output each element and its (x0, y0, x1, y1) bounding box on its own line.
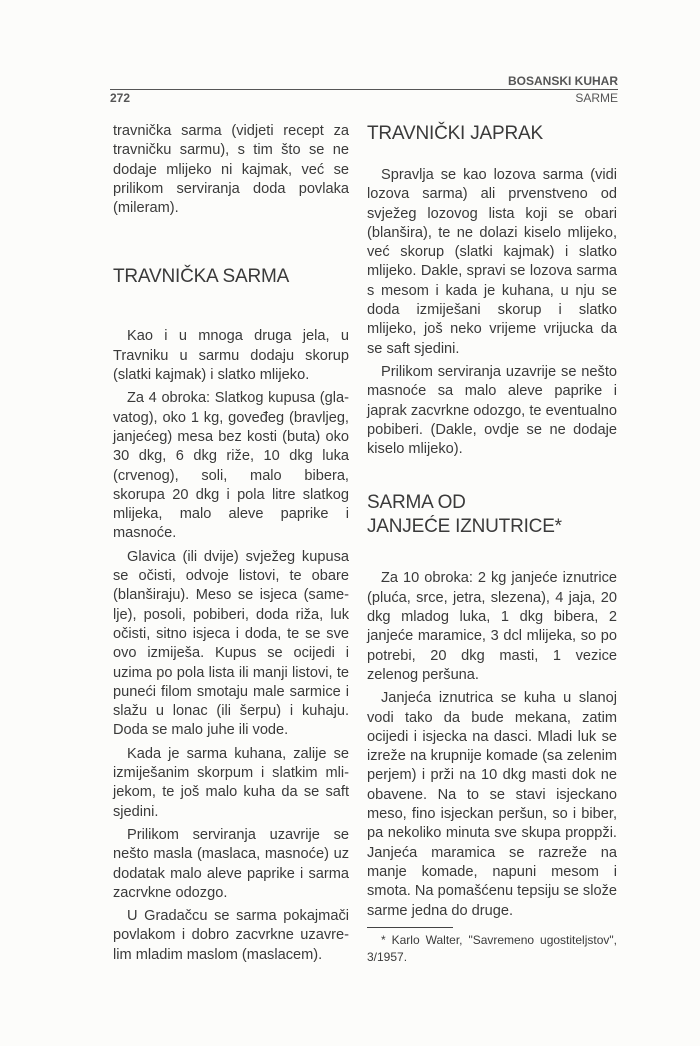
book-title: BOSANSKI KUHAR (508, 74, 618, 88)
continued-paragraph: travnička sarma (vidjeti recept za travn… (113, 122, 349, 218)
recipe-title-travnicki-japrak: TRAVNIČKI JAPRAK (367, 122, 617, 146)
section-title: SARME (575, 91, 618, 105)
recipe-paragraph: Spravlja se kao lozova sarma (vidi lozov… (367, 166, 617, 359)
recipe-paragraph: Prilikom serviranja uzavrije se nešto ma… (367, 363, 617, 459)
header-rule (110, 89, 618, 90)
recipe-title-sarma-od-janjece-iznutrice: SARMA OD JANJEĆE IZNUTRICE* (367, 491, 617, 539)
running-header: 272 BOSANSKI KUHAR SARME (110, 72, 618, 106)
left-column: travnička sarma (vidjeti recept za travn… (113, 122, 349, 969)
recipe-title-travnicka-sarma: TRAVNIČKA SARMA (113, 265, 349, 289)
recipe-paragraph: U Gradačcu se sarma pokajmači povlakom i… (113, 907, 349, 965)
recipe-paragraph: Glavica (ili dvije) svježeg kupusa se oč… (113, 548, 349, 741)
recipe-paragraph: Kada je sarma kuhana, zalije se izmiješa… (113, 745, 349, 822)
ingredients-paragraph: Za 10 obroka: 2 kg janjeće iznu­trice (p… (367, 569, 617, 685)
ingredients-paragraph: Za 4 obroka: Slatkog kupusa (gla­vatog),… (113, 389, 349, 543)
recipe-paragraph: Janjeća iznutrica se kuha u slanoj vodi … (367, 689, 617, 921)
recipe-title-line-1: SARMA OD (367, 492, 466, 513)
footnote-rule (367, 927, 453, 928)
page-number: 272 (110, 91, 130, 105)
footnote: * Karlo Walter, "Savremeno ugostiteljs­t… (367, 932, 617, 966)
right-column: TRAVNIČKI JAPRAK Spravlja se kao lozova … (367, 122, 617, 966)
recipe-paragraph: Kao i u mnoga druga jela, u Travniku u s… (113, 327, 349, 385)
recipe-paragraph: Prilikom serviranja uzavrije se nešto ma… (113, 826, 349, 903)
recipe-title-line-2: JANJEĆE IZNUTRICE* (367, 516, 562, 537)
